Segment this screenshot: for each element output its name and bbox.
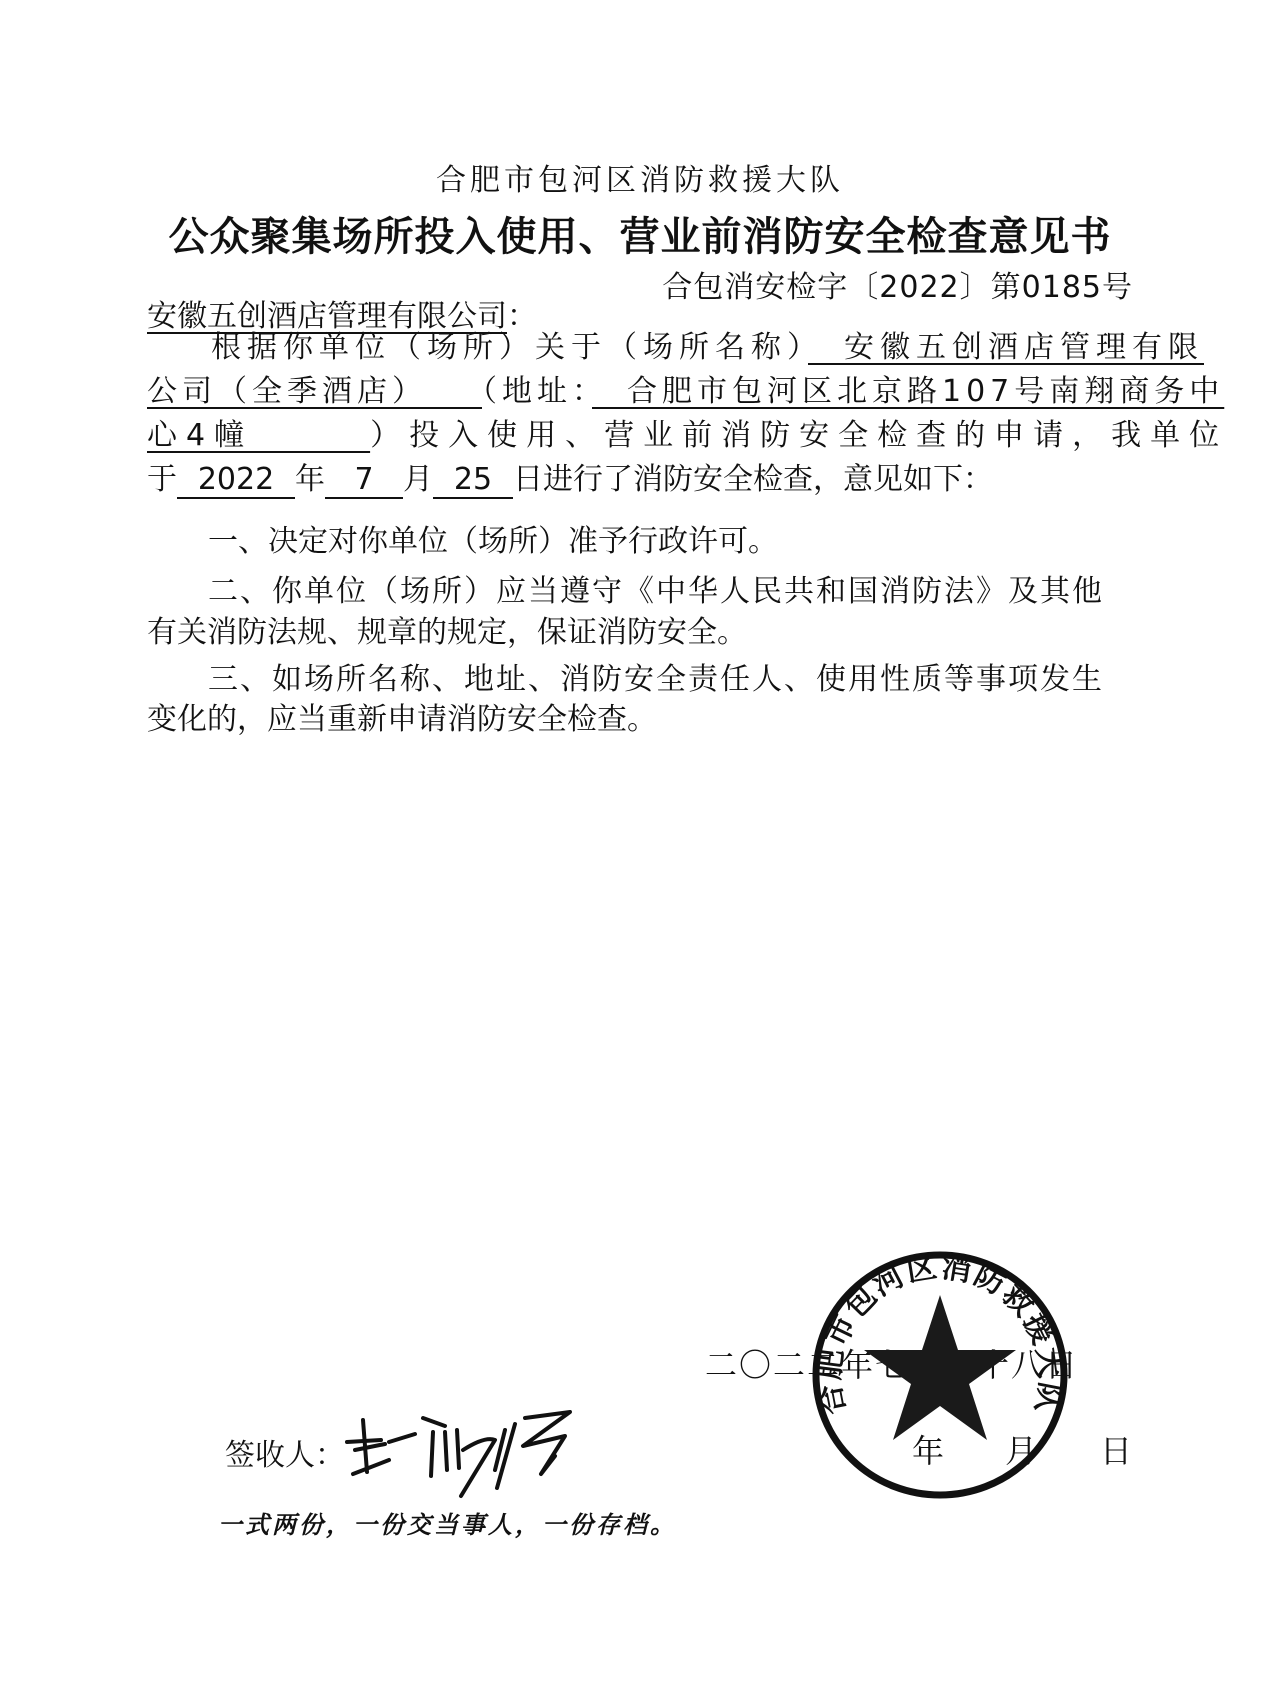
issuing-org-name: 合肥市包河区消防救援大队	[0, 155, 1280, 199]
intro-line3-suffix: ）投入使用、营业前消防安全检查的申请，我单位	[370, 418, 1228, 453]
document-number: 合包消安检字〔2022〕第0185号	[662, 262, 1133, 306]
venue-name-part1: 安徽五创酒店管理有限	[808, 330, 1204, 365]
inspection-date-line: 于2022年7月25日进行了消防安全检查，意见如下：	[147, 460, 993, 500]
intro-line-3: 心4幢 ）投入使用、营业前消防安全检查的申请，我单位	[147, 416, 1228, 456]
issue-day-label: 日	[1100, 1426, 1132, 1472]
address-label: （地址：	[482, 374, 592, 409]
venue-name-part2: 公司（全季酒店）	[147, 374, 482, 409]
inspection-month: 7	[325, 463, 403, 499]
opinion-3-line-2: 变化的，应当重新申请消防安全检查。	[147, 700, 657, 740]
opinion-2-line-1: 二、你单位（场所）应当遵守《中华人民共和国消防法》及其他	[208, 572, 1104, 612]
year-label: 年	[295, 462, 325, 497]
recipient-signature-label: 签收人：	[225, 1430, 345, 1474]
intro-prefix: 根据你单位（场所）关于（场所名称）	[211, 330, 808, 365]
intro-line-2: 公司（全季酒店） （地址： 合肥市包河区北京路107号南翔商务中	[147, 372, 1224, 412]
official-seal-icon: 合肥市包河区消防救援大队	[812, 1250, 1068, 1500]
intro-line-1: 根据你单位（场所）关于（场所名称） 安徽五创酒店管理有限	[211, 328, 1204, 368]
opinion-1: 一、决定对你单位（场所）准予行政许可。	[208, 522, 778, 562]
inspection-year: 2022	[177, 463, 295, 499]
document-title: 公众聚集场所投入使用、营业前消防安全检查意见书	[0, 205, 1280, 262]
opinion-2-line-2: 有关消防法规、规章的规定，保证消防安全。	[147, 613, 747, 653]
date-prefix: 于	[147, 462, 177, 497]
inspection-day: 25	[433, 463, 513, 499]
copies-note: 一式两份，一份交当事人，一份存档。	[218, 1505, 677, 1540]
month-label: 月	[403, 462, 433, 497]
date-suffix: 日进行了消防安全检查，意见如下：	[513, 462, 993, 497]
handwritten-signature	[345, 1410, 575, 1500]
address-part1: 合肥市包河区北京路107号南翔商务中	[592, 374, 1224, 409]
opinion-3-line-1: 三、如场所名称、地址、消防安全责任人、使用性质等事项发生	[208, 660, 1104, 700]
address-part2: 心4幢	[147, 418, 370, 453]
